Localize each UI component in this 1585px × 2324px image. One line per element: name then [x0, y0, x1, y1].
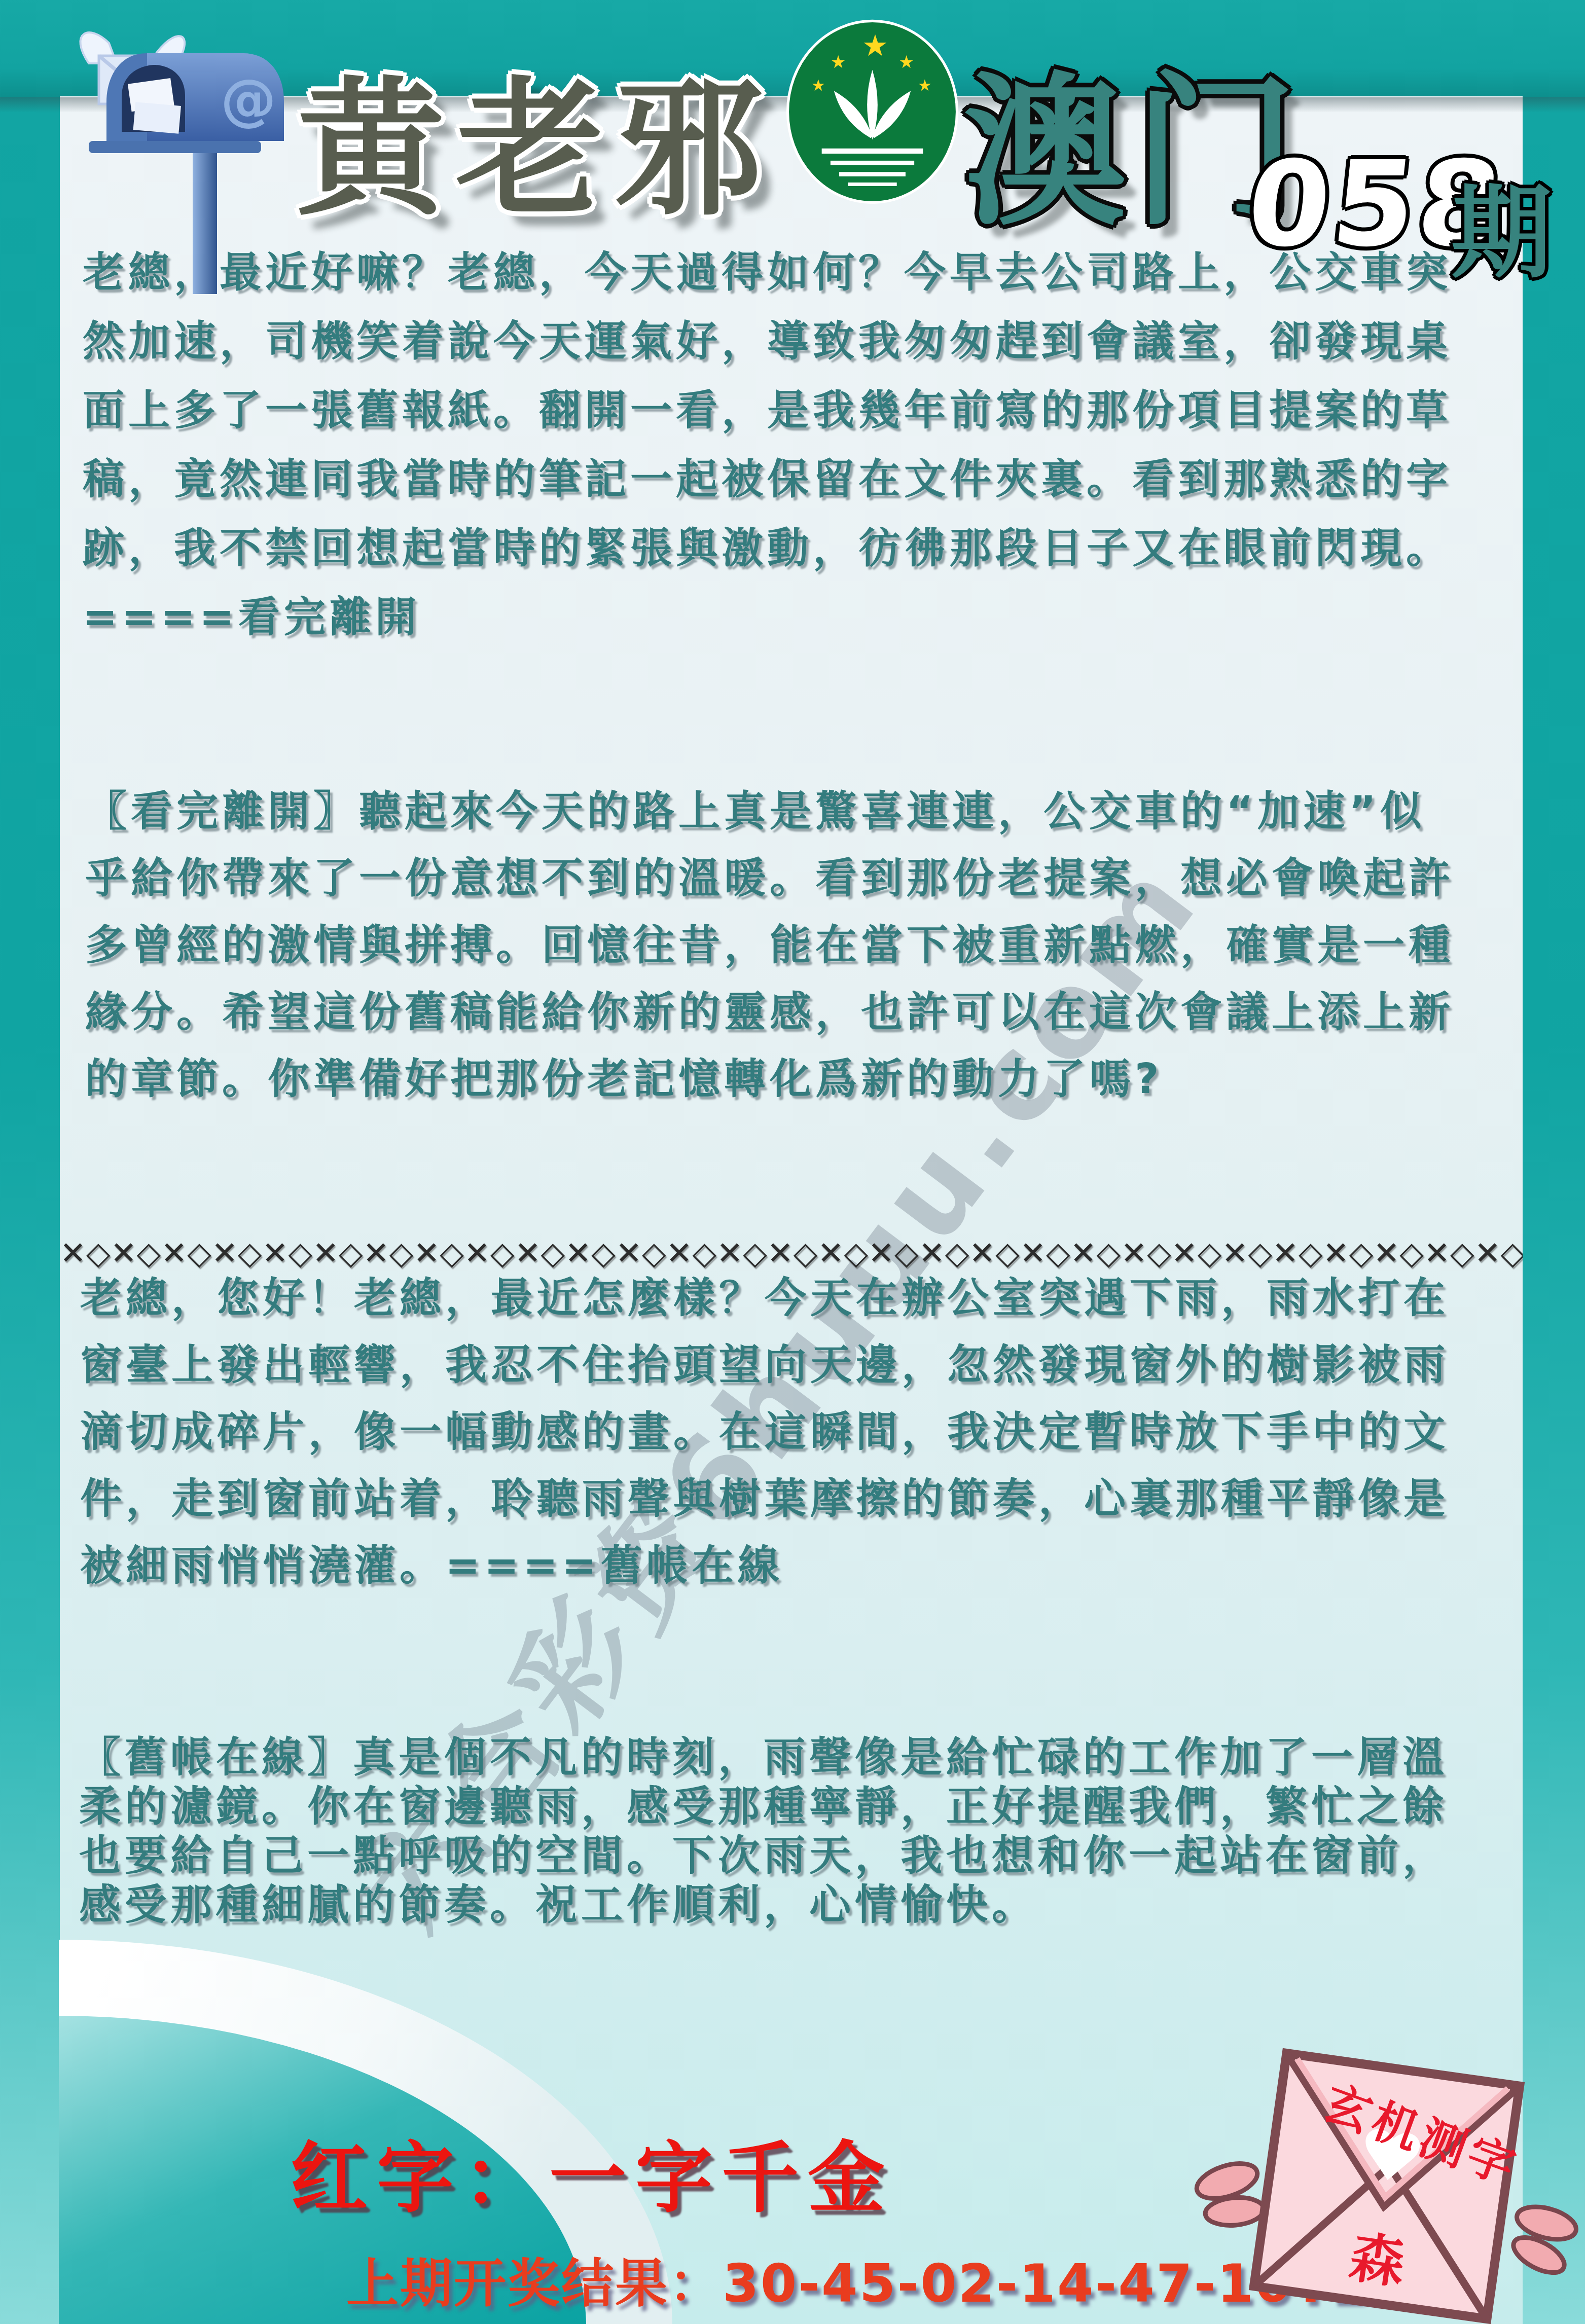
reply1-line: 緣分。希望這份舊稿能給你新的靈感，也許可以在這次會議上添上新	[85, 979, 1454, 1046]
issue-suffix: 期	[1451, 152, 1552, 297]
star-icon: ★	[918, 77, 932, 95]
site-name-title: 黄老邪	[297, 30, 774, 243]
reply1-paragraph: 〖看完離開〗聽起來今天的路上真是驚喜連連，公交車的“加速”似 乎給你帶來了一份意…	[85, 778, 1454, 1113]
svg-text:@: @	[221, 67, 276, 132]
star-icon: ★	[862, 28, 888, 63]
page: { "header": { "site_name": "黄老邪", "regio…	[0, 0, 1585, 2324]
letter2-line: 件，走到窗前站着，聆聽雨聲與樹葉摩擦的節奏，心裏那種平靜像是	[80, 1466, 1449, 1533]
reply1-line: 〖看完離開〗聽起來今天的路上真是驚喜連連，公交車的“加速”似	[85, 778, 1454, 845]
red-word-title: 红字：一字千金	[291, 2117, 894, 2227]
reply2-line: 〖舊帳在線〗真是個不凡的時刻，雨聲像是給忙碌的工作加了一層溫	[79, 1733, 1448, 1782]
letter2-line: 窗臺上發出輕響，我忍不住抬頭望向天邊，忽然發現窗外的樹影被雨	[80, 1332, 1449, 1399]
reply1-line: 乎給你帶來了一份意想不到的溫暖。看到那份老提案，想必會喚起許	[85, 845, 1454, 912]
wing-icon	[1193, 2157, 1265, 2228]
letter2-line: 滴切成碎片，像一幅動感的畫。在這瞬間，我決定暫時放下手中的文	[80, 1399, 1449, 1466]
macau-lotus-logo: ★ ★ ★ ★ ★	[785, 19, 960, 204]
letter2-signature: 被細雨悄悄澆灌。====舊帳在線	[80, 1533, 1449, 1600]
mailbox-icon: @	[41, 5, 325, 299]
reply2-line: 也要給自己一點呼吸的空間。下次雨天，我也想和你一起站在窗前，	[79, 1831, 1448, 1880]
reply2-paragraph: 〖舊帳在線〗真是個不凡的時刻，雨聲像是給忙碌的工作加了一層溫 柔的濾鏡。你在窗邊…	[79, 1733, 1448, 1930]
letter1-line: 然加速，司機笑着說今天運氣好，導致我匆匆趕到會議室，卻發現桌	[83, 307, 1452, 376]
letter1-paragraph: 老總，最近好嘛？老總，今天過得如何？今早去公司路上，公交車突 然加速，司機笑着說…	[83, 238, 1452, 652]
envelope-seal: 森	[1346, 2226, 1409, 2296]
letter1-line: 跡，我不禁回想起當時的緊張與激動，彷彿那段日子又在眼前閃現。	[83, 514, 1452, 583]
wing-icon	[1508, 2201, 1579, 2279]
letter1-signature: ====看完離開	[83, 583, 1452, 652]
letter1-line: 面上多了一張舊報紙。翻開一看，是我幾年前寫的那份項目提案的草	[83, 376, 1452, 445]
letter2-paragraph: 老總，您好！老總，最近怎麼樣？今天在辦公室突遇下雨，雨水打在 窗臺上發出輕響，我…	[80, 1265, 1449, 1600]
reply2-line: 感受那種細膩的節奏。祝工作順利，心情愉快。	[79, 1880, 1448, 1930]
letter1-line: 稿，竟然連同我當時的筆記一起被保留在文件夾裏。看到那熟悉的字	[83, 445, 1452, 514]
paper-sheet: 六合彩资6huuu.com 老總，最近好嘛？老總，今天過得如何？今早去公司路上，…	[60, 96, 1523, 2324]
reply1-line: 多曾經的激情與拼搏。回憶往昔，能在當下被重新點燃，確實是一種	[85, 912, 1454, 979]
reply1-line: 的章節。你準備好把那份老記憶轉化爲新的動力了嗎?	[85, 1046, 1454, 1113]
star-icon: ★	[811, 77, 825, 95]
star-icon: ★	[831, 52, 846, 72]
letter2-line: 老總，您好！老總，最近怎麼樣？今天在辦公室突遇下雨，雨水打在	[80, 1265, 1449, 1332]
star-icon: ★	[898, 52, 914, 72]
mystery-envelope: 玄机测字 森	[1192, 2048, 1582, 2324]
reply2-line: 柔的濾鏡。你在窗邊聽雨，感受那種寧靜，正好提醒我們，繁忙之餘	[79, 1782, 1448, 1831]
